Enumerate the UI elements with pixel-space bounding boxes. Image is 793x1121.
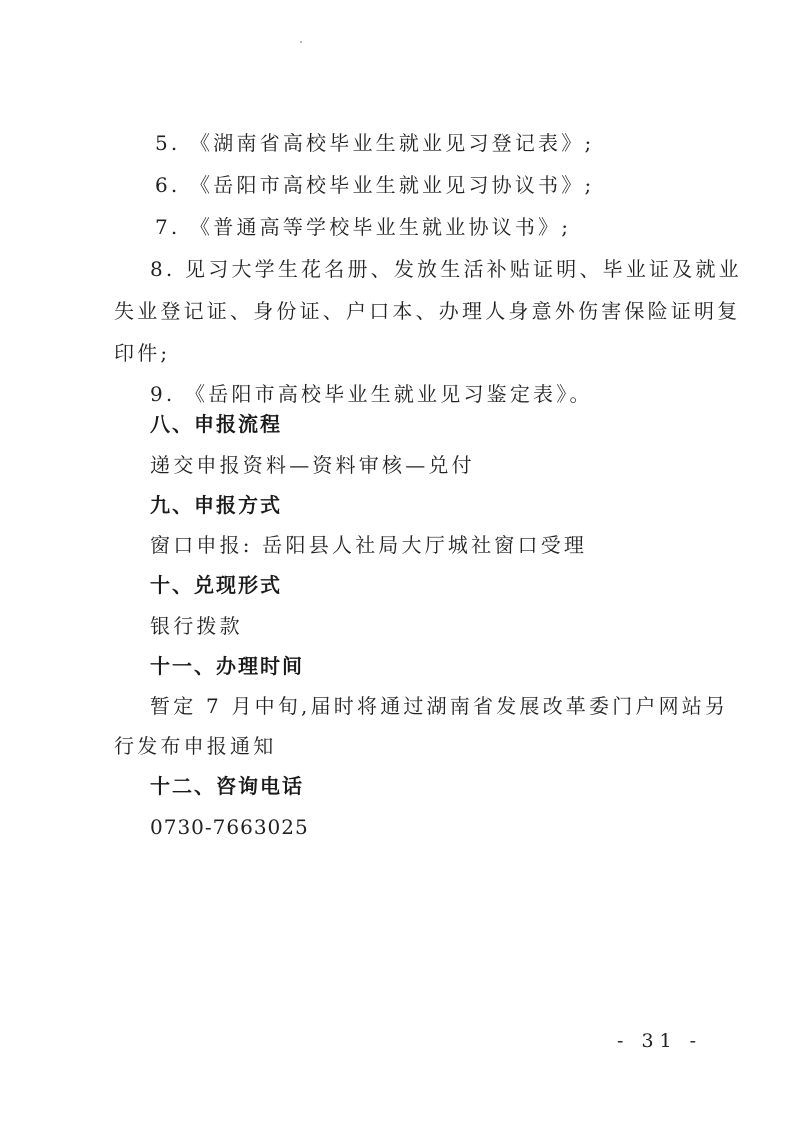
section-body-11-line2: 行发布申报通知 (114, 733, 276, 759)
section-body-8: 递交申报资料—资料审核—兑付 (150, 452, 475, 478)
list-item-5: 5. 《湖南省高校毕业生就业见习登记表》; (155, 130, 594, 156)
section-body-9: 窗口申报: 岳阳县人社局大厅城社窗口受理 (150, 532, 587, 558)
page-number: - 31 - (617, 1030, 702, 1052)
section-heading-10: 十、兑现形式 (150, 572, 282, 598)
list-item-7: 7. 《普通高等学校毕业生就业协议书》; (155, 214, 571, 240)
list-item-8-line1: 8. 见习大学生花名册、发放生活补贴证明、毕业证及就业 (150, 256, 742, 282)
list-item-6: 6. 《岳阳市高校毕业生就业见习协议书》; (155, 172, 594, 198)
section-body-11-line1: 暂定 7 月中旬,届时将通过湖南省发展改革委门户网站另 (150, 693, 728, 719)
scan-speck (300, 41, 302, 43)
section-heading-9: 九、申报方式 (150, 492, 282, 518)
list-item-9: 9. 《岳阳市高校毕业生就业见习鉴定表》。 (150, 381, 593, 407)
section-heading-8: 八、申报流程 (150, 411, 282, 437)
phone-number: 0730-7663025 (150, 814, 309, 840)
section-body-10: 银行拨款 (150, 613, 243, 639)
list-item-8-line3: 印件; (114, 340, 170, 366)
list-item-8-line2: 失业登记证、身份证、户口本、办理人身意外伤害保险证明复 (114, 298, 740, 324)
section-heading-11: 十一、办理时间 (150, 653, 304, 679)
section-heading-12: 十二、咨询电话 (150, 773, 304, 799)
